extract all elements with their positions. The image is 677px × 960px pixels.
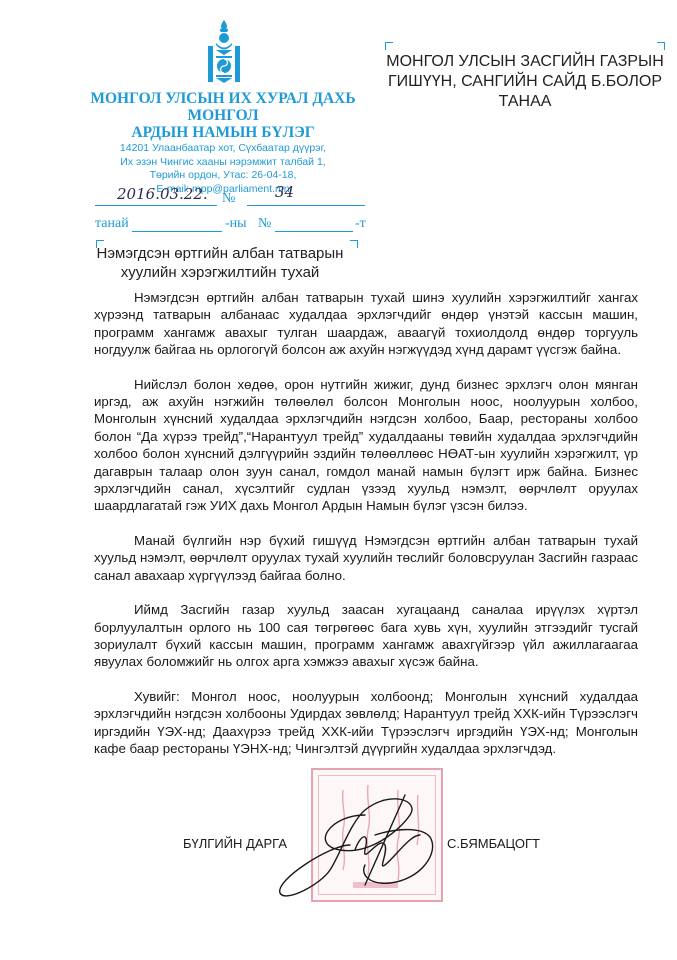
your-label: танай: [95, 216, 129, 232]
recipient-line: ТАНАА: [380, 92, 670, 112]
outgoing-reference: 2016.03.22. № 34: [95, 185, 365, 209]
subject: Нэмэгдсэн өртгийн албан татварын хуулийн…: [95, 244, 345, 282]
subject-line: Нэмэгдсэн өртгийн албан татварын: [95, 244, 345, 263]
org-line: МОНГОЛ: [88, 107, 358, 124]
corner-mark-icon: [657, 42, 665, 50]
letter-body: Нэмэгдсэн өртгийн албан татварын тухай ш…: [94, 289, 638, 774]
number-sign: №: [222, 191, 235, 207]
soyombo-emblem-icon: [205, 18, 243, 86]
body-paragraph: Манай бүлгийн нэр бүхий гишүүд Нэмэгдсэн…: [94, 532, 638, 584]
organization-name: МОНГОЛ УЛСЫН ИХ ХУРАЛ ДАХЬ МОНГОЛ АРДЫН …: [88, 90, 358, 141]
corner-mark-icon: [385, 42, 393, 50]
body-paragraph: Нийслэл болон хөдөө, орон нутгийн жижиг,…: [94, 376, 638, 515]
copy-to-paragraph: Хувийг: Монгол ноос, ноолуурын холбоонд;…: [94, 688, 638, 758]
your-date-underline: [132, 231, 222, 232]
your-suffix: -ны: [225, 216, 247, 232]
your-number-sign: №: [258, 216, 271, 232]
org-line: МОНГОЛ УЛСЫН ИХ ХУРАЛ ДАХЬ: [88, 90, 358, 107]
address-line: Төрийн ордон, Утас: 26-04-18,: [88, 169, 358, 183]
your-number-underline: [275, 231, 353, 232]
address-line: 14201 Улаанбаатар хот, Сүхбаатар дүүрэг,: [88, 142, 358, 156]
body-paragraph: Нэмэгдсэн өртгийн албан татварын тухай ш…: [94, 289, 638, 359]
signatory-name: С.БЯМБАЦОГТ: [447, 836, 540, 851]
date-underline: [95, 205, 217, 206]
recipient: МОНГОЛ УЛСЫН ЗАСГИЙН ГАЗРЫН ГИШҮҮН, САНГ…: [380, 52, 670, 112]
recipient-line: ГИШҮҮН, САНГИЙН САЙД Б.БОЛОР: [380, 72, 670, 92]
body-paragraph: Иймд Засгийн газар хуульд заасан хугацаа…: [94, 601, 638, 671]
address-line: Их эзэн Чингис хааны нэрэмжит талбай 1,: [88, 156, 358, 170]
corner-mark-icon: [350, 240, 358, 248]
subject-line: хуулийн хэрэгжилтийн тухай: [95, 263, 345, 282]
letter-number: 34: [275, 183, 294, 201]
number-underline: [247, 205, 365, 206]
org-line: АРДЫН НАМЫН БҮЛЭГ: [88, 124, 358, 141]
letter-date: 2016.03.22.: [117, 185, 208, 203]
recipient-line: МОНГОЛ УЛСЫН ЗАСГИЙН ГАЗРЫН: [380, 52, 670, 72]
incoming-reference: танай -ны № -т: [95, 213, 367, 237]
your-number-suffix: -т: [355, 216, 366, 232]
handwritten-signature: [270, 775, 450, 905]
signatory-title: БҮЛГИЙН ДАРГА: [183, 836, 287, 851]
